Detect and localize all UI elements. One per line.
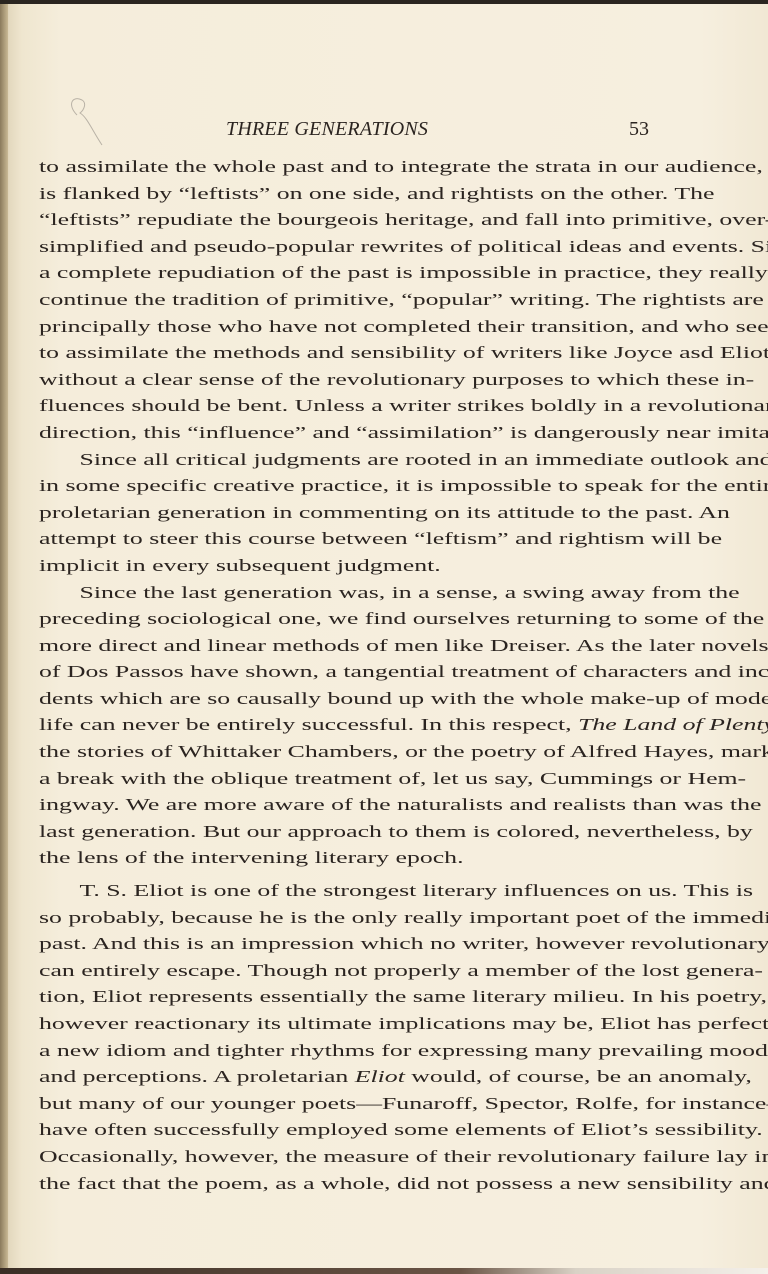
text-line: Since the last generation was, in a sens…: [39, 580, 653, 607]
text-line: life can never be entirely successful. I…: [39, 712, 653, 739]
text-line: attempt to steer this course between “le…: [39, 526, 653, 553]
text-line: however reactionary its ultimate implica…: [39, 1011, 653, 1038]
text-line: the lens of the intervening literary epo…: [39, 845, 653, 872]
text-line: preceding sociological one, we find ours…: [39, 606, 653, 633]
text-line: T. S. Eliot is one of the strongest lite…: [39, 878, 653, 905]
page-number: 53: [629, 118, 649, 141]
text-line: have often successfully employed some el…: [39, 1117, 653, 1144]
text-line: proletarian generation in commenting on …: [39, 500, 653, 527]
text-line: more direct and linear methods of men li…: [39, 633, 653, 660]
text-line: dents which are so causally bound up wit…: [39, 686, 653, 713]
text-line: so probably, because he is the only real…: [39, 905, 653, 932]
text-line: and perceptions. A proletarian Eliot wou…: [39, 1064, 653, 1091]
text-line: implicit in every subsequent judgment.: [39, 553, 653, 580]
text-line: Since all critical judgments are rooted …: [39, 447, 653, 474]
text-line: to assimilate the whole past and to inte…: [39, 154, 653, 181]
text-line: past. And this is an impression which no…: [39, 931, 653, 958]
text-line: tion, Eliot represents essentially the s…: [39, 984, 653, 1011]
text-line: simplified and pseudo-popular rewrites o…: [39, 234, 653, 261]
text-line: but many of our younger poets—Funaroff, …: [39, 1091, 653, 1118]
text-line: in some specific creative practice, it i…: [39, 473, 653, 500]
page-bottom-edge: [0, 1268, 768, 1274]
text-line: fluences should be bent. Unless a writer…: [39, 393, 653, 420]
text-line: last generation. But our approach to the…: [39, 819, 653, 846]
text-line: is flanked by “leftists” on one side, an…: [39, 181, 653, 208]
page-gutter-shadow: [0, 0, 8, 1274]
text-line: Occasionally, however, the measure of th…: [39, 1144, 653, 1171]
text-line: a break with the oblique treatment of, l…: [39, 766, 653, 793]
text-line: of Dos Passos have shown, a tangential t…: [39, 659, 653, 686]
text-line: to assimilate the methods and sensibilit…: [39, 340, 653, 367]
text-line: continue the tradition of primitive, “po…: [39, 287, 653, 314]
text-line: the fact that the poem, as a whole, did …: [39, 1171, 653, 1198]
text-line: direction, this “influence” and “assimil…: [39, 420, 653, 447]
text-line: a complete repudiation of the past is im…: [39, 260, 653, 287]
body-text: to assimilate the whole past and to inte…: [39, 154, 653, 1197]
running-title: THREE GENERATIONS: [226, 118, 428, 141]
italic-word: Eliot: [355, 1067, 405, 1086]
text-line: a new idiom and tighter rhythms for expr…: [39, 1038, 653, 1065]
text-line: the stories of Whittaker Chambers, or th…: [39, 739, 653, 766]
text-line: can entirely escape. Though not properly…: [39, 958, 653, 985]
text-line: “leftists” repudiate the bourgeois herit…: [39, 207, 653, 234]
text-line: without a clear sense of the revolutiona…: [39, 367, 653, 394]
text-line: ingway. We are more aware of the natural…: [39, 792, 653, 819]
page-top-edge: [0, 0, 768, 4]
italic-book-title: The Land of Plenty,: [578, 715, 768, 734]
book-page: THREE GENERATIONS 53 to assimilate the w…: [0, 0, 768, 1274]
text-line: principally those who have not completed…: [39, 314, 653, 341]
page-header: THREE GENERATIONS 53: [0, 118, 768, 144]
